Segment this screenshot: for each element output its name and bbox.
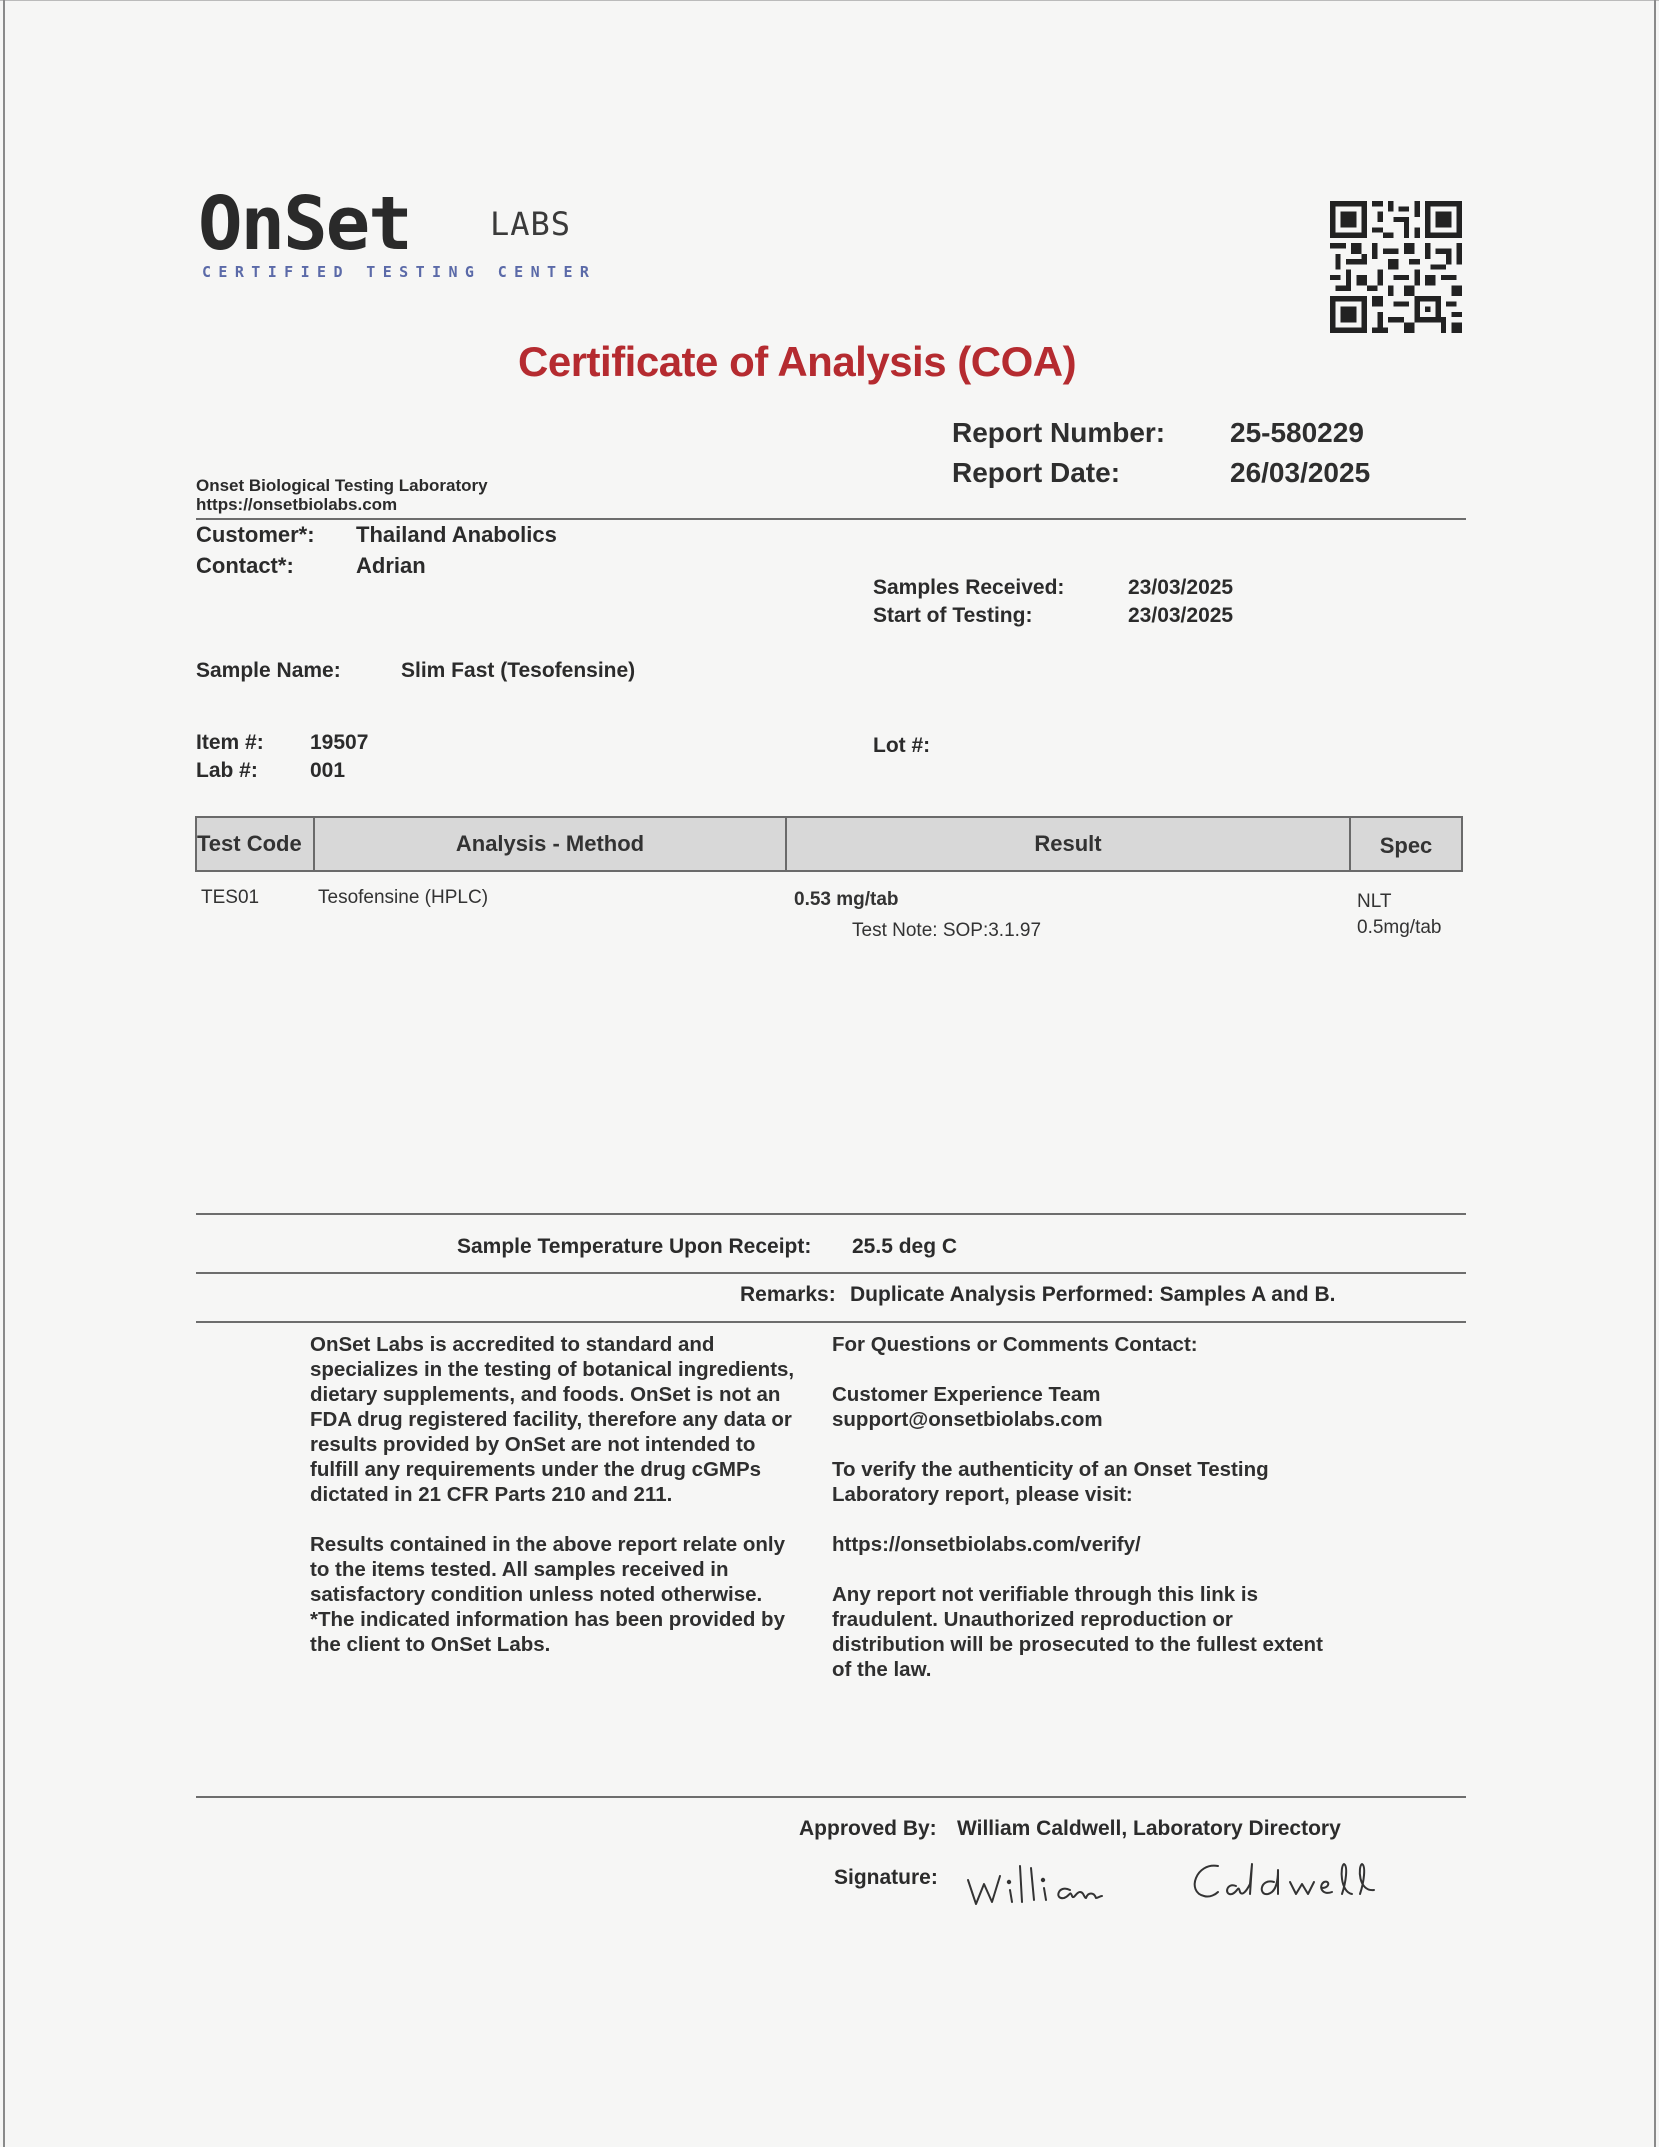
approved-by-label: Approved By: bbox=[799, 1817, 937, 1841]
cell-test-note: Test Note: SOP:3.1.97 bbox=[852, 920, 1041, 942]
contact-info: For Questions or Comments Contact: Custo… bbox=[832, 1332, 1332, 1707]
start-of-testing-label: Start of Testing: bbox=[873, 604, 1032, 628]
customer-value: Thailand Anabolics bbox=[356, 522, 557, 548]
page-border-top bbox=[0, 0, 1659, 1]
lab-number-label: Lab #: bbox=[196, 759, 258, 783]
th-result: Result bbox=[787, 818, 1349, 870]
th-analysis-method: Analysis - Method bbox=[315, 818, 785, 870]
disclaimer: OnSet Labs is accredited to standard and… bbox=[310, 1332, 810, 1682]
signature-label: Signature: bbox=[834, 1866, 938, 1890]
report-number-value: 25-580229 bbox=[1230, 417, 1364, 449]
divider bbox=[196, 1272, 1466, 1274]
th-spec: Spec bbox=[1351, 820, 1461, 872]
logo-tagline: CERTIFIED TESTING CENTER bbox=[202, 263, 596, 281]
report-date-label: Report Date: bbox=[952, 457, 1120, 489]
remarks-label: Remarks: bbox=[740, 1283, 836, 1307]
samples-received-value: 23/03/2025 bbox=[1128, 576, 1233, 600]
page-border-left bbox=[3, 0, 5, 2147]
cell-spec-line1: NLT bbox=[1357, 891, 1391, 913]
lab-url[interactable]: https://onsetbiolabs.com bbox=[196, 495, 397, 515]
approved-by-value: William Caldwell, Laboratory Directory bbox=[957, 1817, 1341, 1841]
verify-url[interactable]: https://onsetbiolabs.com/verify/ bbox=[832, 1532, 1332, 1557]
item-number-value: 19507 bbox=[310, 731, 368, 755]
contact-team: Customer Experience Team bbox=[832, 1382, 1332, 1407]
lab-number-value: 001 bbox=[310, 759, 345, 783]
contact-label: Contact*: bbox=[196, 553, 294, 579]
cell-method: Tesofensine (HPLC) bbox=[318, 887, 488, 909]
signature-image bbox=[960, 1852, 1440, 1912]
divider bbox=[196, 1321, 1466, 1323]
remarks-value: Duplicate Analysis Performed: Samples A … bbox=[850, 1283, 1335, 1307]
customer-label: Customer*: bbox=[196, 522, 315, 548]
cell-test-code: TES01 bbox=[201, 887, 259, 909]
logo-brand: OnSet bbox=[198, 184, 411, 264]
contact-value: Adrian bbox=[356, 553, 426, 579]
page-border-right bbox=[1654, 0, 1656, 2147]
results-table-header: Test Code Analysis - Method Result Spec bbox=[195, 816, 1463, 872]
verify-text: To verify the authenticity of an Onset T… bbox=[832, 1457, 1332, 1507]
contact-email[interactable]: support@onsetbiolabs.com bbox=[832, 1407, 1332, 1432]
disclaimer-paragraph-1: OnSet Labs is accredited to standard and… bbox=[310, 1332, 810, 1507]
cell-result: 0.53 mg/tab bbox=[794, 889, 899, 911]
divider bbox=[196, 1213, 1466, 1215]
cell-spec-line2: 0.5mg/tab bbox=[1357, 917, 1442, 939]
divider bbox=[196, 1796, 1466, 1798]
item-number-label: Item #: bbox=[196, 731, 264, 755]
lot-number-label: Lot #: bbox=[873, 734, 930, 758]
document-title: Certificate of Analysis (COA) bbox=[518, 338, 1076, 386]
sample-name-label: Sample Name: bbox=[196, 659, 341, 683]
sample-name-value: Slim Fast (Tesofensine) bbox=[401, 659, 635, 683]
qr-code-icon bbox=[1330, 201, 1462, 333]
temperature-value: 25.5 deg C bbox=[852, 1235, 957, 1259]
header-divider bbox=[196, 518, 1466, 520]
fraud-warning: Any report not verifiable through this l… bbox=[832, 1582, 1332, 1682]
lab-name: Onset Biological Testing Laboratory bbox=[196, 476, 488, 496]
logo-suffix: LABS bbox=[490, 205, 571, 243]
start-of-testing-value: 23/03/2025 bbox=[1128, 604, 1233, 628]
disclaimer-paragraph-2: Results contained in the above report re… bbox=[310, 1532, 810, 1657]
samples-received-label: Samples Received: bbox=[873, 576, 1064, 600]
temperature-label: Sample Temperature Upon Receipt: bbox=[457, 1235, 811, 1259]
contact-heading: For Questions or Comments Contact: bbox=[832, 1332, 1332, 1357]
th-test-code: Test Code bbox=[197, 818, 313, 870]
report-number-label: Report Number: bbox=[952, 417, 1165, 449]
report-date-value: 26/03/2025 bbox=[1230, 457, 1370, 489]
